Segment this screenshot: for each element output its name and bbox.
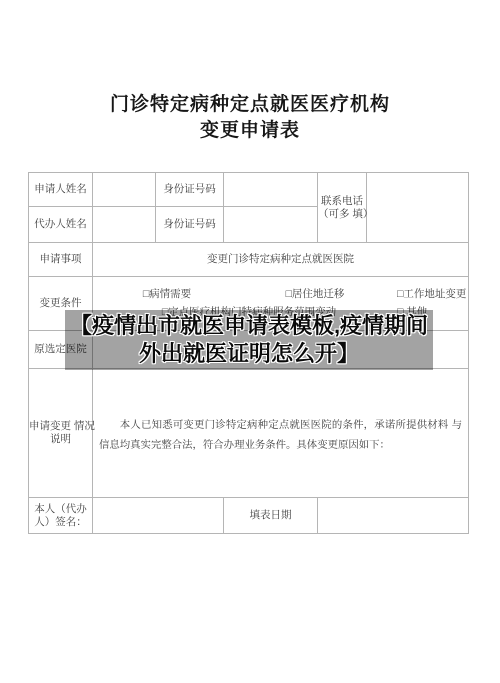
statement-label-line2: 说明 xyxy=(29,433,92,446)
watermark-text-line2: 外出就医证明怎么开】 xyxy=(139,340,359,368)
date-label: 填表日期 xyxy=(224,498,318,534)
row-statement: 申请变更 情况 说明 本人已知悉可变更门诊特定病种定点就医医院的条件，承诺所提供… xyxy=(29,369,469,498)
row-matter: 申请事项 变更门诊特定病种定点就医医院 xyxy=(29,243,469,277)
date-field[interactable] xyxy=(318,498,469,534)
form-title-line2: 变更申请表 xyxy=(0,118,500,144)
applicant-id-label: 身份证号码 xyxy=(156,173,224,207)
statement-label-line1: 申请变更 情况 xyxy=(29,420,92,433)
form-title: 门诊特定病种定点就医医疗机构 变更申请表 xyxy=(0,92,500,144)
agent-name-label: 代办人姓名 xyxy=(29,207,93,243)
contact-phone-label-line1: 联系电话 xyxy=(318,195,366,208)
form-page: 门诊特定病种定点就医医疗机构 变更申请表 申请人姓名 身份证号码 联系电话 （可… xyxy=(0,0,500,683)
checkbox-work-address-change[interactable]: □工作地址变更 xyxy=(397,288,466,301)
watermark-overlay: 【疫情出市就医申请表模板,疫情期间 外出就医证明怎么开】 xyxy=(65,310,433,370)
applicant-name-field[interactable] xyxy=(93,173,156,207)
agent-id-label: 身份证号码 xyxy=(156,207,224,243)
agent-name-field[interactable] xyxy=(93,207,156,243)
agent-id-field[interactable] xyxy=(224,207,318,243)
watermark-text-line1: 【疫情出市就医申请表模板,疫情期间 xyxy=(70,312,428,340)
row-applicant: 申请人姓名 身份证号码 联系电话 （可多 填） xyxy=(29,173,469,207)
matter-value: 变更门诊特定病种定点就医医院 xyxy=(93,243,469,277)
statement-field[interactable]: 本人已知悉可变更门诊特定病种定点就医医院的条件，承诺所提供材料 与信息均真实完整… xyxy=(93,369,469,498)
contact-phone-label: 联系电话 （可多 填） xyxy=(318,173,367,243)
signature-label: 本人（代办人）签名： xyxy=(29,498,93,534)
conditions-line1: □病情需要 □居住地迁移 □工作地址变更 xyxy=(93,286,468,304)
statement-label: 申请变更 情况 说明 xyxy=(29,369,93,498)
row-signature: 本人（代办人）签名： 填表日期 xyxy=(29,498,469,534)
contact-phone-label-line2: （可多 填） xyxy=(318,208,366,221)
statement-text: 本人已知悉可变更门诊特定病种定点就医医院的条件，承诺所提供材料 与信息均真实完整… xyxy=(93,411,468,456)
checkbox-illness-need[interactable]: □病情需要 xyxy=(101,288,233,301)
form-title-line1: 门诊特定病种定点就医医疗机构 xyxy=(0,92,500,118)
applicant-name-label: 申请人姓名 xyxy=(29,173,93,207)
matter-label: 申请事项 xyxy=(29,243,93,277)
signature-field[interactable] xyxy=(93,498,224,534)
checkbox-residence-move[interactable]: □居住地迁移 xyxy=(233,288,397,301)
applicant-id-field[interactable] xyxy=(224,173,318,207)
contact-phone-field[interactable] xyxy=(367,173,469,243)
